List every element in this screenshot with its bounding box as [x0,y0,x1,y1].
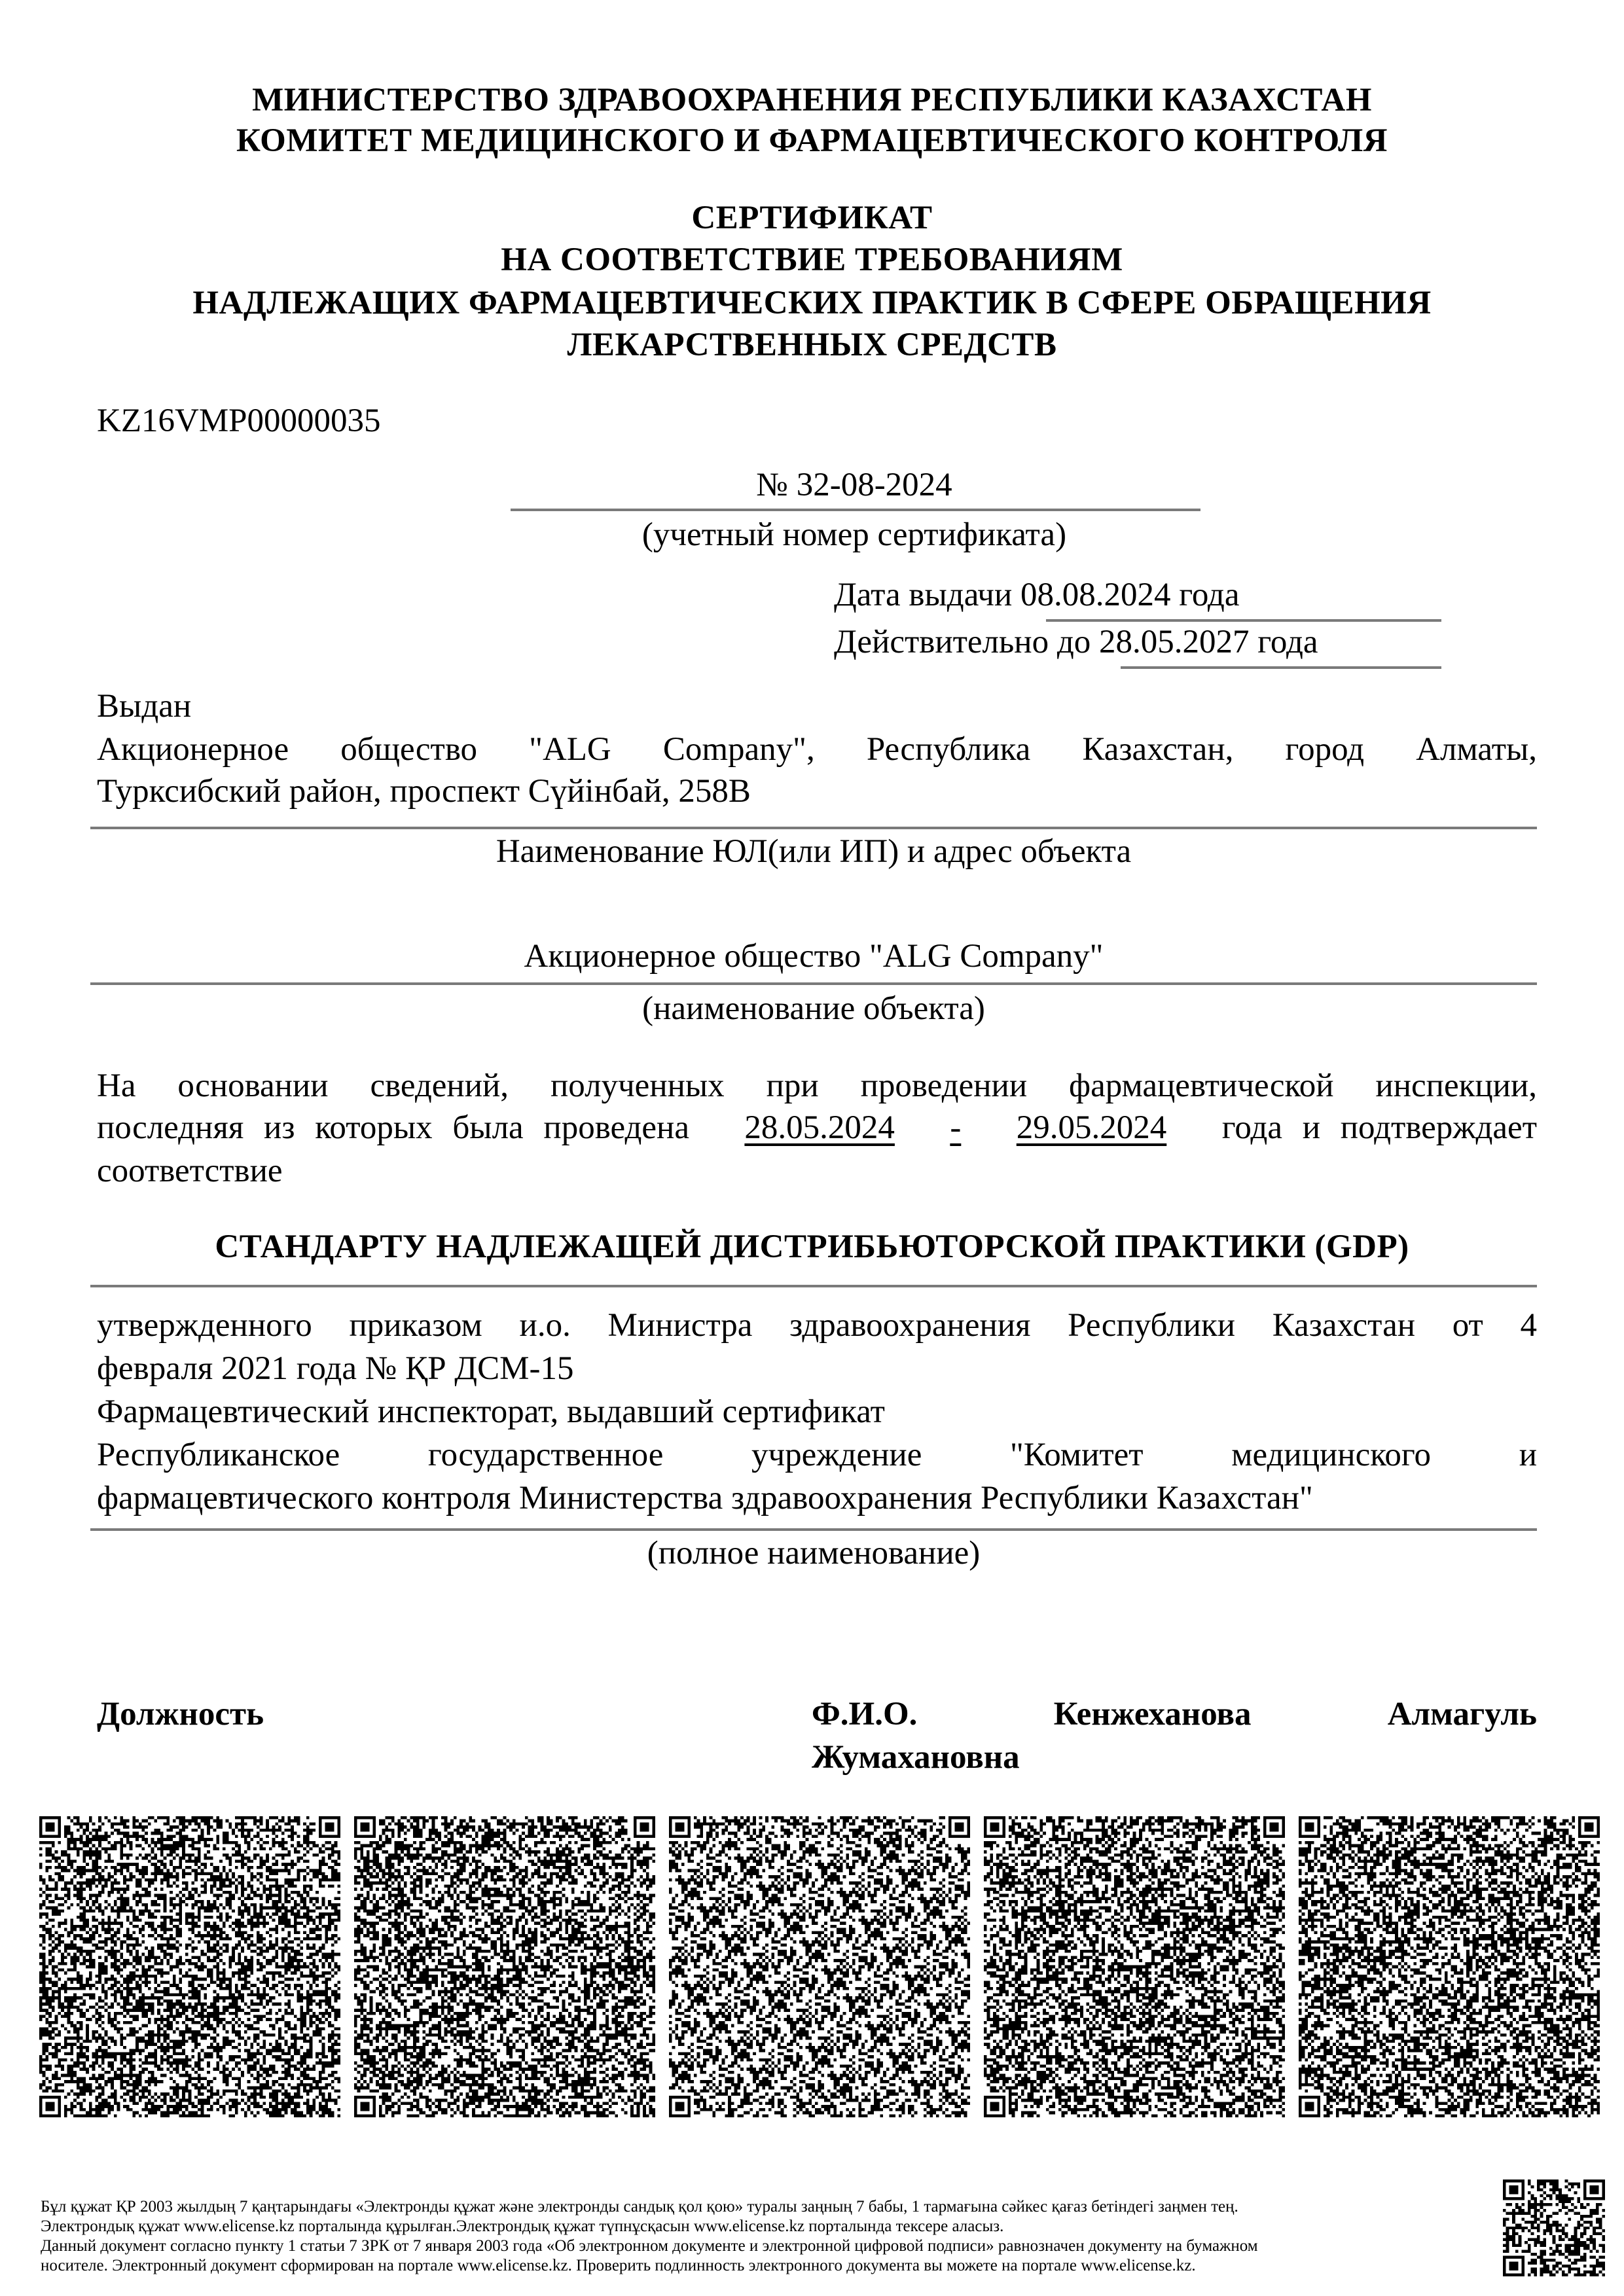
issued-to-line-2: Турксибский район, проспект Сүйінбай, 25… [97,770,751,813]
footer-kz-line-1: Бұл құжат ҚР 2003 жылдың 7 қаңтарындағы … [41,2197,1481,2217]
signatory-name-line-1: Ф.И.О. Кенжеханова Алмагуль [812,1693,1537,1736]
standard-rule [90,1285,1537,1287]
inspection-text-suffix: года и подтверждает [1222,1106,1537,1149]
signatory-surname: Кенжеханова [1054,1693,1252,1736]
issue-date-value: 08.08.2024 года [1020,577,1240,613]
fio-label: Ф.И.О. [812,1693,917,1736]
inspection-line-1: На основании сведений, полученных при пр… [97,1064,1537,1107]
standard-title: СТАНДАРТУ НАДЛЕЖАЩЕЙ ДИСТРИБЬЮТОРСКОЙ ПР… [0,1225,1624,1268]
certificate-number-rule [511,509,1200,511]
signatory-first-name: Алмагуль [1388,1693,1537,1736]
valid-until-row: Действительно до 28.05.2027 года [834,620,1318,664]
qr-code-icon [39,1816,340,2117]
qr-code-icon [984,1816,1285,2117]
certificate-subtitle-1: НА СООТВЕТСТВИЕ ТРЕБОВАНИЯМ [0,238,1624,281]
issued-to-rule [90,827,1537,829]
verification-qr-code-icon [1503,2179,1605,2276]
inspectorate-caption: (полное наименование) [90,1532,1537,1575]
position-label: Должность [97,1693,264,1736]
signatory-patronymic: Жумахановна [812,1736,1020,1779]
valid-until-label: Действительно до [834,624,1091,660]
inspection-line-2: последняя из которых была проведена 28.0… [97,1106,1537,1149]
issued-to-label: Выдан [97,685,191,728]
inspectorate-line-1: Республиканское государственное учрежден… [97,1433,1537,1477]
certificate-subtitle-3: ЛЕКАРСТВЕННЫХ СРЕДСТВ [0,323,1624,367]
issue-date-row: Дата выдачи 08.08.2024 года [834,573,1240,617]
ministry-heading: МИНИСТЕРСТВО ЗДРАВООХРАНЕНИЯ РЕСПУБЛИКИ … [0,79,1624,122]
inspection-date-dash: - [950,1106,961,1149]
committee-heading: КОМИТЕТ МЕДИЦИНСКОГО И ФАРМАЦЕВТИЧЕСКОГО… [0,119,1624,162]
certificate-number: № 32-08-2024 [511,463,1198,507]
inspectorate-rule [90,1528,1537,1531]
qr-code-icon [1299,1816,1600,2117]
inspectorate-line-2: фармацевтического контроля Министерства … [97,1477,1313,1520]
certificate-number-caption: (учетный номер сертификата) [511,513,1198,556]
inspectorate-label: Фармацевтический инспекторат, выдавший с… [97,1390,885,1433]
qr-code-icon [354,1816,655,2117]
certificate-subtitle-2: НАДЛЕЖАЩИХ ФАРМАЦЕВТИЧЕСКИХ ПРАКТИК В СФ… [0,281,1624,325]
facility-rule [90,982,1537,985]
footer-kz-line-2: Электрондық құжат www.elicense.kz портал… [41,2216,1481,2237]
document-id: KZ16VMP00000035 [97,399,381,442]
valid-until-rule [1121,666,1441,669]
standard-approval-line-2: февраля 2021 года № ҚР ДСМ-15 [97,1347,573,1390]
inspection-date-from: 28.05.2024 [744,1106,895,1149]
inspection-date-to: 29.05.2024 [1017,1106,1167,1149]
issued-to-line-1: Акционерное общество "ALG Company", Респ… [97,728,1537,771]
issued-to-caption: Наименование ЮЛ(или ИП) и адрес объекта [90,830,1537,873]
footer-ru-line-2: носителе. Электронный документ сформиров… [41,2255,1481,2276]
inspection-text-prefix: последняя из которых была проведена [97,1106,689,1149]
inspection-line-3: соответствие [97,1149,283,1193]
valid-until-value: 28.05.2027 года [1099,624,1318,660]
footer-ru-line-1: Данный документ согласно пункту 1 статьи… [41,2236,1481,2257]
qr-code-icon [669,1816,970,2117]
issue-date-label: Дата выдачи [834,577,1012,613]
standard-approval-line-1: утвержденного приказом и.о. Министра здр… [97,1304,1537,1347]
facility-name: Акционерное общество "ALG Company" [90,935,1537,978]
certificate-title: СЕРТИФИКАТ [0,196,1624,240]
facility-caption: (наименование объекта) [90,987,1537,1030]
